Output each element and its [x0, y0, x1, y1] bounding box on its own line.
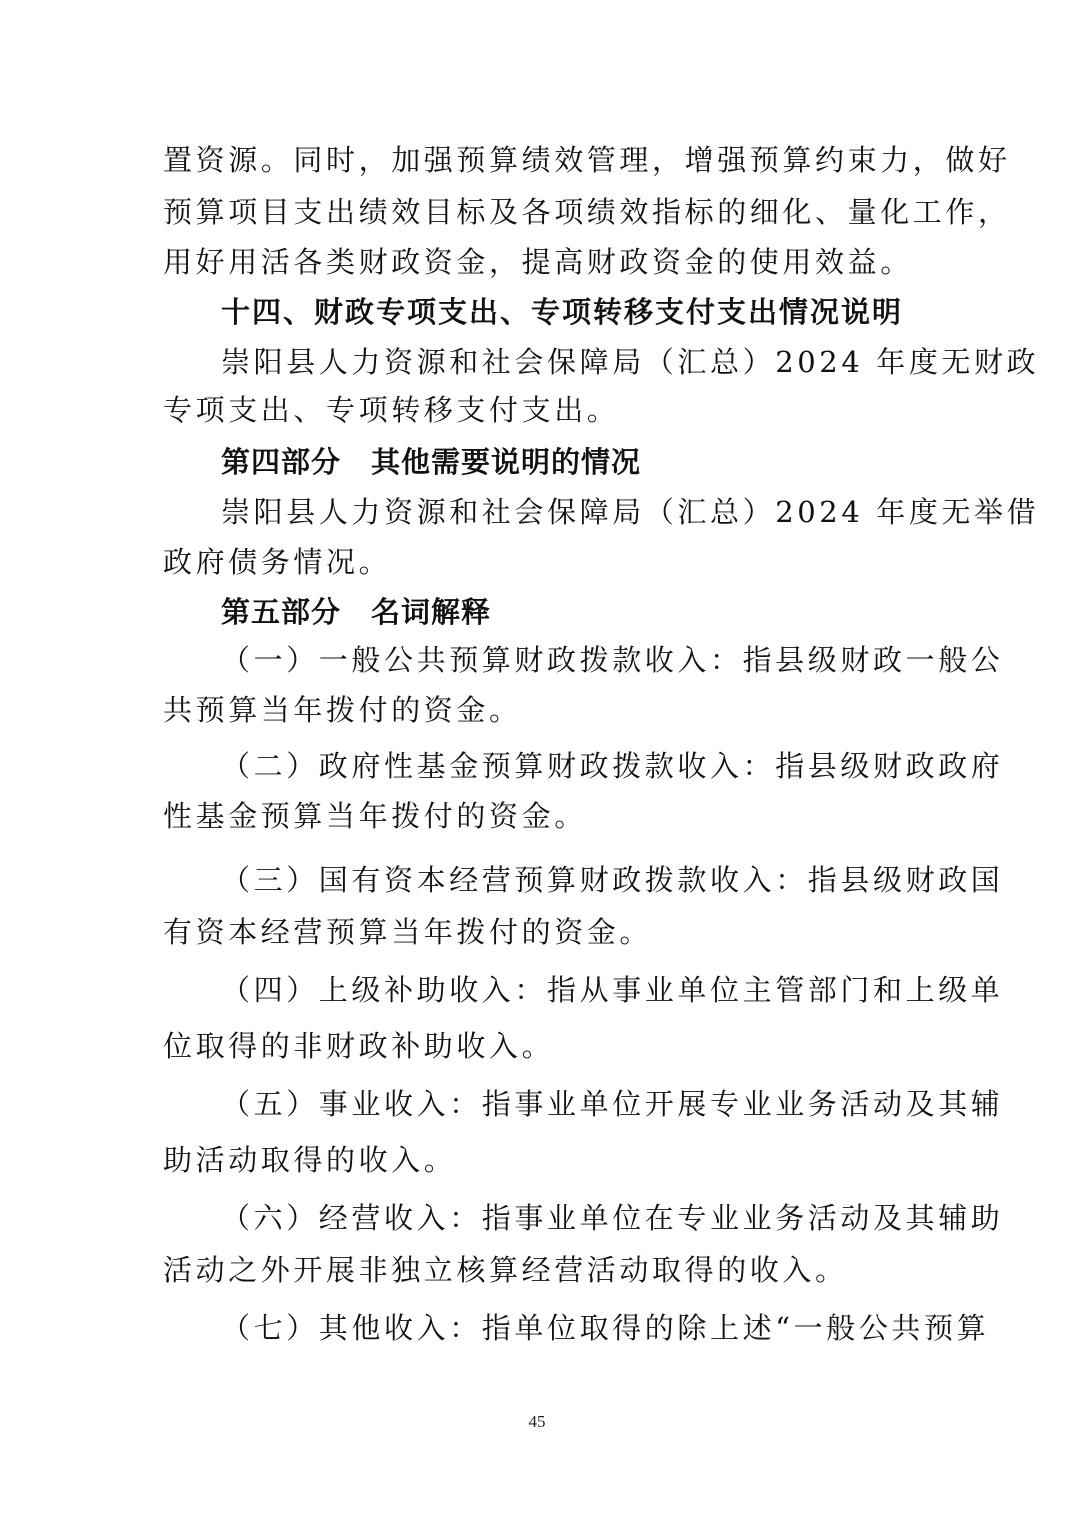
definition-line: 性基金预算当年拨付的资金。	[163, 798, 913, 834]
body-text-line: 崇阳县人力资源和社会保障局（汇总）2024 年度无财政	[221, 344, 913, 380]
definition-line: 助活动取得的收入。	[163, 1142, 913, 1178]
definition-line: （四）上级补助收入：指从事业单位主管部门和上级单	[221, 972, 913, 1008]
definition-line: （三）国有资本经营预算财政拨款收入：指县级财政国	[221, 862, 913, 898]
definition-line: （五）事业收入：指事业单位开展专业业务活动及其辅	[221, 1086, 913, 1122]
body-text-line: 政府债务情况。	[163, 544, 913, 580]
body-text-line: 置资源。同时，加强预算绩效管理，增强预算约束力，做好	[163, 142, 913, 178]
definition-line: （六）经营收入：指事业单位在专业业务活动及其辅助	[221, 1200, 913, 1236]
definition-line: （七）其他收入：指单位取得的除上述“一般公共预算	[221, 1310, 913, 1346]
definition-line: 活动之外开展非独立核算经营活动取得的收入。	[163, 1252, 913, 1288]
definition-line: 位取得的非财政补助收入。	[163, 1028, 913, 1064]
body-text-line: 预算项目支出绩效目标及各项绩效指标的细化、量化工作，	[163, 194, 913, 230]
part-four-heading: 第四部分 其他需要说明的情况	[221, 444, 913, 480]
part-five-heading: 第五部分 名词解释	[221, 594, 913, 630]
body-text-line: 崇阳县人力资源和社会保障局（汇总）2024 年度无举借	[221, 494, 913, 530]
definition-line: 有资本经营预算当年拨付的资金。	[163, 914, 913, 950]
definition-line: 共预算当年拨付的资金。	[163, 692, 913, 728]
body-text-line: 用好用活各类财政资金，提高财政资金的使用效益。	[163, 244, 913, 280]
document-page: 置资源。同时，加强预算绩效管理，增强预算约束力，做好 预算项目支出绩效目标及各项…	[0, 0, 1074, 1520]
body-text-line: 专项支出、专项转移支付支出。	[163, 392, 913, 428]
definition-line: （二）政府性基金预算财政拨款收入：指县级财政政府	[221, 748, 913, 784]
page-number: 45	[0, 1412, 1074, 1432]
definition-line: （一）一般公共预算财政拨款收入：指县级财政一般公	[221, 642, 913, 678]
section-heading-14: 十四、财政专项支出、专项转移支付支出情况说明	[221, 294, 913, 330]
